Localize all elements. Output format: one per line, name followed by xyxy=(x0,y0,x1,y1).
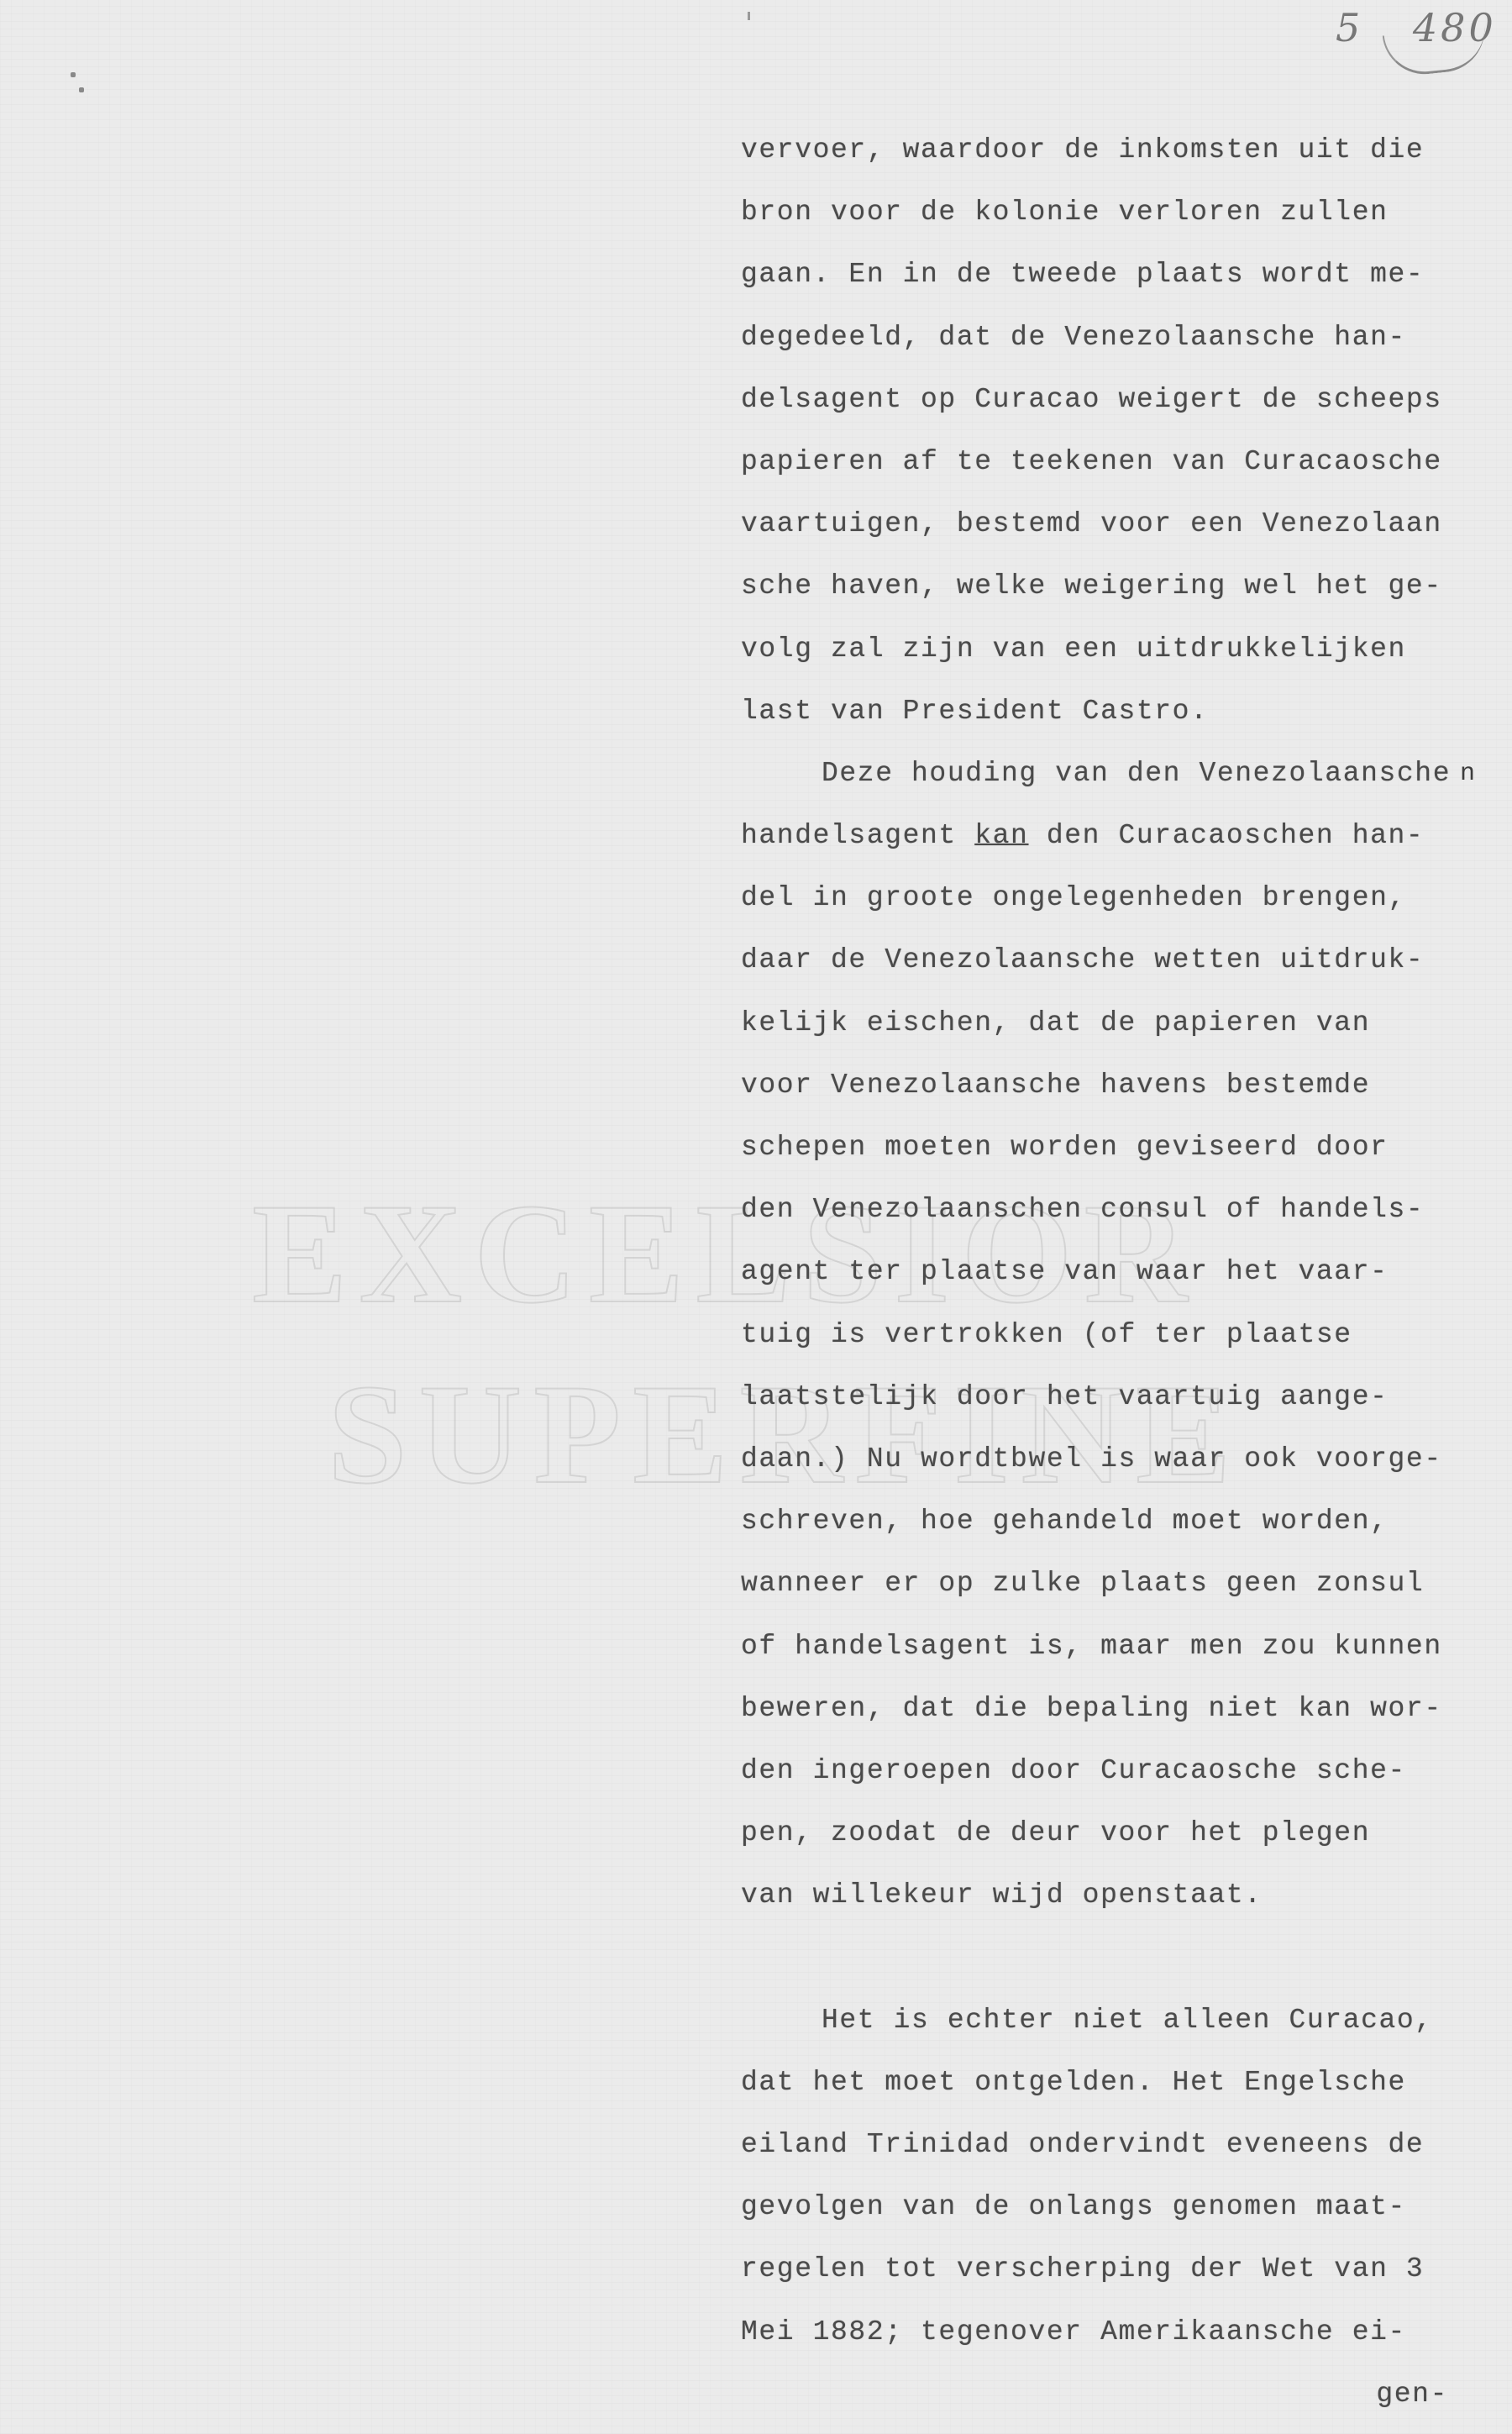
paragraph-gap xyxy=(741,1935,1480,1997)
text-line: tuig is vertrokken (of ter plaatse xyxy=(741,1312,1480,1375)
text-line: daan.) Nu wordtbwel is waar ook voorge- xyxy=(741,1437,1480,1499)
text-line: of handelsagent is, maar men zou kunnen xyxy=(741,1624,1480,1686)
text-line: Deze houding van den Venezolaansche xyxy=(741,751,1480,813)
text-line: beweren, dat die bepaling niet kan wor- xyxy=(741,1686,1480,1748)
typewritten-body: vervoer, waardoor de inkomsten uit diebr… xyxy=(741,128,1480,2434)
text-line: vaartuigen, bestemd voor een Venezolaan xyxy=(741,502,1480,564)
ink-speck xyxy=(79,87,84,92)
text-line: last van President Castro. xyxy=(741,689,1480,751)
text-line: papieren af te teekenen van Curacaosche xyxy=(741,439,1480,502)
text-line: pen, zoodat de deur voor het plegen xyxy=(741,1811,1480,1873)
text-line: dat het moet ontgelden. Het Engelsche xyxy=(741,2060,1480,2122)
text-line: delsagent op Curacao weigert de scheeps xyxy=(741,377,1480,439)
text-line: laatstelijk door het vaartuig aange- xyxy=(741,1375,1480,1437)
text-line: agent ter plaatse van waar het vaar- xyxy=(741,1249,1480,1312)
text-line: den Venezolaanschen consul of handels- xyxy=(741,1187,1480,1249)
text-line: Mei 1882; tegenover Amerikaansche ei- xyxy=(741,2310,1480,2372)
handwritten-correction: n xyxy=(1460,760,1475,788)
folio-number: 5 xyxy=(1336,5,1363,50)
text-line: van willekeur wijd openstaat. xyxy=(741,1873,1480,1935)
catchword: gen- xyxy=(741,2372,1480,2434)
ink-mark xyxy=(748,12,750,20)
text-line: schepen moeten worden geviseerd door xyxy=(741,1125,1480,1187)
text-line: vervoer, waardoor de inkomsten uit die xyxy=(741,128,1480,190)
text-line: degedeeld, dat de Venezolaansche han- xyxy=(741,315,1480,377)
text-line: handelsagent kan den Curacaoschen han- xyxy=(741,813,1480,875)
text-line: volg zal zijn van een uitdrukkelijken xyxy=(741,627,1480,689)
text-line: eiland Trinidad ondervindt eveneens de xyxy=(741,2122,1480,2184)
text-line: daar de Venezolaansche wetten uitdruk- xyxy=(741,938,1480,1000)
text-line: bron voor de kolonie verloren zullen xyxy=(741,190,1480,252)
text-line: del in groote ongelegenheden brengen, xyxy=(741,875,1480,938)
text-line: sche haven, welke weigering wel het ge- xyxy=(741,564,1480,626)
text-line: gaan. En in de tweede plaats wordt me- xyxy=(741,252,1480,314)
text-line: regelen tot verscherping der Wet van 3 xyxy=(741,2247,1480,2309)
ink-speck xyxy=(71,72,76,77)
text-line: gevolgen van de onlangs genomen maat- xyxy=(741,2184,1480,2247)
text-line: Het is echter niet alleen Curacao, xyxy=(741,1998,1480,2060)
text-line: kelijk eischen, dat de papieren van xyxy=(741,1001,1480,1063)
text-line: den ingeroepen door Curacaosche sche- xyxy=(741,1748,1480,1811)
text-line: wanneer er op zulke plaats geen zonsul xyxy=(741,1561,1480,1623)
text-line: schreven, hoe gehandeld moet worden, xyxy=(741,1499,1480,1561)
underlined-word: kan xyxy=(974,820,1028,851)
text-line: voor Venezolaansche havens bestemde xyxy=(741,1063,1480,1125)
